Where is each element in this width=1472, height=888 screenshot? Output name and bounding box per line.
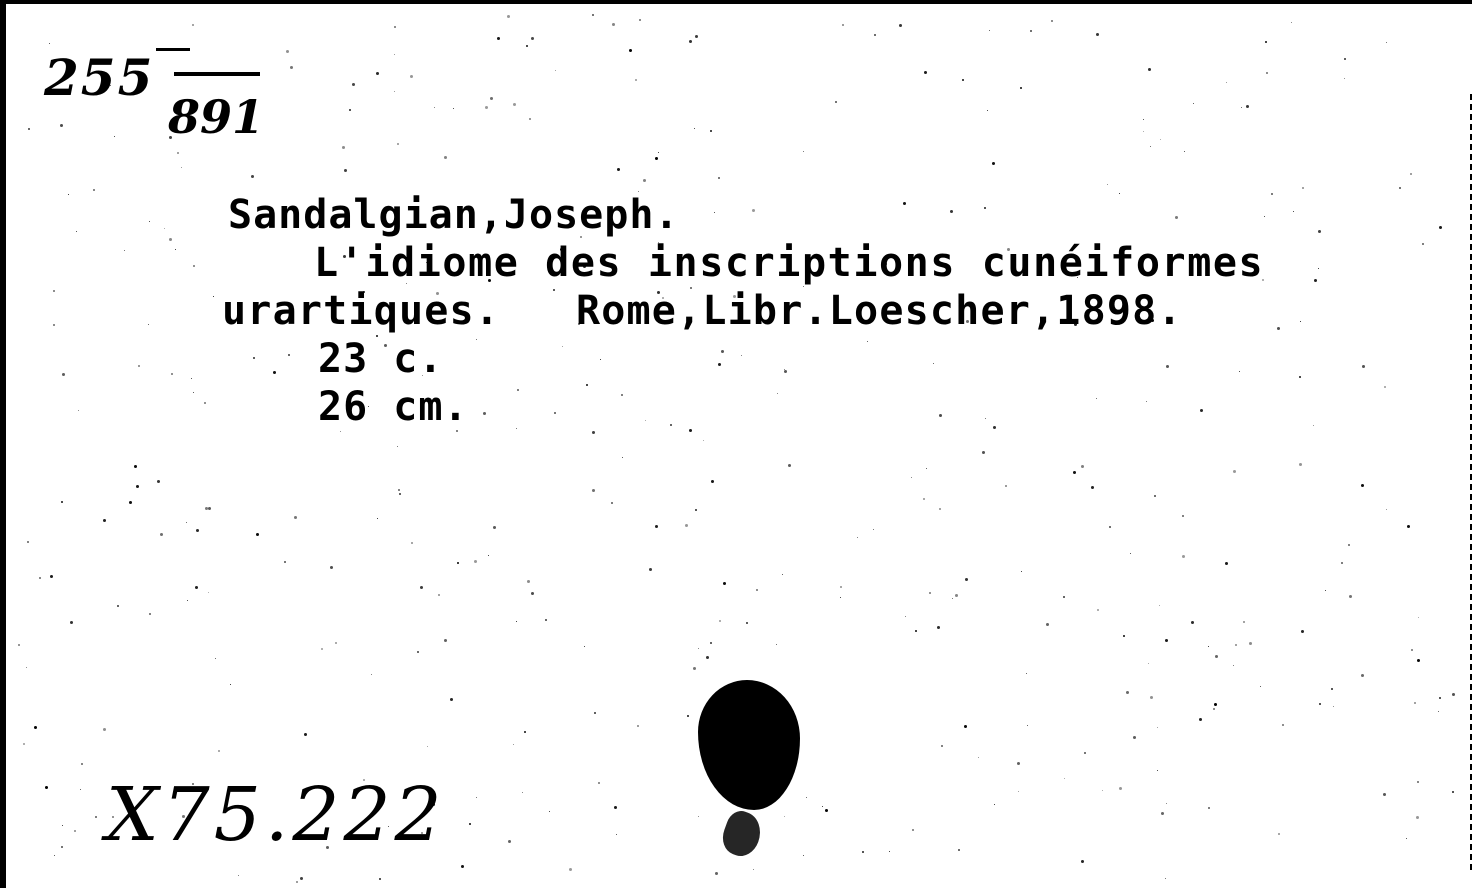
punch-hole	[698, 680, 800, 810]
dimensions: 26 cm.	[318, 384, 469, 431]
punch-hole-residue	[718, 807, 767, 861]
accession-number: X75.222	[106, 772, 446, 858]
catalog-card: 255 891 Sandalgian,Joseph. L'idiome des …	[0, 0, 1472, 888]
call-number-overline	[156, 48, 190, 51]
call-number-divider	[174, 72, 260, 76]
call-number-bottom: 891	[168, 90, 264, 144]
title-imprint-line: urartiques. Rome,Libr.Loescher,1898.	[222, 288, 1183, 335]
call-number-top: 255	[44, 48, 154, 107]
title-line-1: L'idiome des inscriptions cunéiformes	[314, 240, 1264, 287]
author-heading: Sandalgian,Joseph.	[228, 192, 679, 239]
pagination: 23 c.	[318, 336, 443, 383]
